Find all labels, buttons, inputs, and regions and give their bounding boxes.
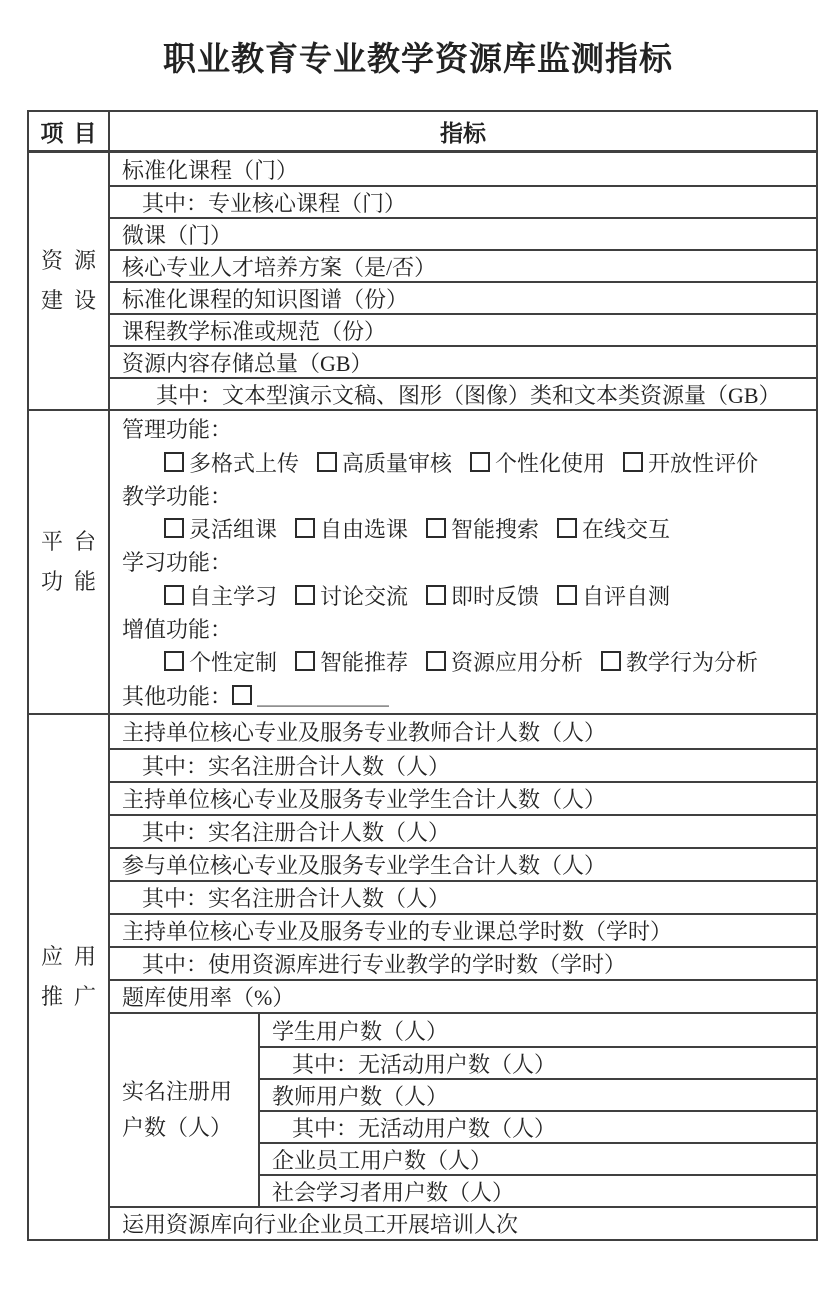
row-text: 参与单位核心专业及服务专业学生合计人数（人） — [122, 849, 606, 880]
table-row: 主持单位核心专业及服务专业学生合计人数（人） — [110, 781, 816, 814]
section-label-platform-functions: 平台功能 — [29, 411, 110, 713]
checkbox-icon — [295, 518, 315, 538]
option-label: 开放性评价 — [648, 451, 758, 476]
table-row: 企业员工用户数（人） — [260, 1142, 816, 1174]
table-row: 参与单位核心专业及服务专业学生合计人数（人） — [110, 847, 816, 880]
row-text: 微课（门） — [122, 219, 232, 250]
checkbox-option: 讨论交流 — [295, 580, 408, 611]
group-title-text: 教学功能： — [122, 484, 232, 509]
option-label: 自主学习 — [189, 584, 277, 609]
row-text: 其中：无活动用户数（人） — [292, 1112, 556, 1143]
option-label: 智能搜索 — [451, 517, 539, 542]
table-row: 主持单位核心专业及服务专业的专业课总学时数（学时） — [110, 913, 816, 946]
checkbox-option: 资源应用分析 — [426, 646, 583, 677]
row-text: 其中：实名注册合计人数（人） — [142, 882, 450, 913]
checkbox-option: 自评自测 — [557, 580, 670, 611]
checkbox-icon — [470, 452, 490, 472]
table-row: 标准化课程的知识图谱（份） — [110, 281, 816, 313]
section-label-line: 建设 — [41, 281, 107, 321]
table-row: 运用资源库向行业企业员工开展培训人次 — [110, 1206, 816, 1239]
function-group-title: 管理功能： — [110, 413, 816, 444]
nested-label-cell: 实名注册用户数（人） — [110, 1014, 260, 1206]
row-text: 标准化课程的知识图谱（份） — [122, 283, 408, 314]
checkbox-icon — [426, 518, 446, 538]
option-label: 资源应用分析 — [451, 650, 583, 675]
checkbox-option: 灵活组课 — [164, 513, 277, 544]
row-text: 社会学习者用户数（人） — [272, 1176, 514, 1207]
option-label: 智能推荐 — [320, 650, 408, 675]
row-text: 主持单位核心专业及服务专业的专业课总学时数（学时） — [122, 915, 672, 946]
group-title-text: 学习功能： — [122, 550, 232, 575]
table-row: 社会学习者用户数（人） — [260, 1174, 816, 1206]
table-row: 其中：无活动用户数（人） — [260, 1046, 816, 1078]
section-label-application-promotion: 应用推广 — [29, 715, 110, 1239]
section-content: 主持单位核心专业及服务专业教师合计人数（人）其中：实名注册合计人数（人）主持单位… — [110, 715, 816, 1239]
row-text: 其中：无活动用户数（人） — [292, 1048, 556, 1079]
table-body: 资源建设标准化课程（门）其中：专业核心课程（门）微课（门）核心专业人才培养方案（… — [29, 153, 816, 1239]
function-lines: 管理功能：多格式上传高质量审核个性化使用开放性评价教学功能：灵活组课自由选课智能… — [110, 411, 816, 713]
checkbox-option: 智能推荐 — [295, 646, 408, 677]
row-text: 其中：专业核心课程（门） — [142, 187, 406, 218]
checkbox-icon — [232, 685, 252, 705]
checkbox-option: 教学行为分析 — [601, 646, 758, 677]
row-text: 其中：文本型演示文稿、图形（图像）类和文本类资源量（GB） — [156, 379, 781, 410]
checkbox-option: 高质量审核 — [317, 447, 452, 478]
function-group-title: 教学功能： — [110, 480, 816, 511]
option-label: 高质量审核 — [342, 451, 452, 476]
checkbox-option: 开放性评价 — [623, 447, 758, 478]
section-label-line: 应用 — [41, 937, 107, 977]
option-label: 灵活组课 — [189, 517, 277, 542]
checkbox-option: 即时反馈 — [426, 580, 539, 611]
header-cell-indicator: 指标 — [110, 112, 816, 150]
checkbox-icon — [164, 452, 184, 472]
section-label-resource-construction: 资源建设 — [29, 153, 110, 409]
row-text: 核心专业人才培养方案（是/否） — [122, 251, 436, 282]
function-options-line: 自主学习讨论交流即时反馈自评自测 — [110, 580, 816, 611]
row-text: 课程教学标准或规范（份） — [122, 315, 386, 346]
table-header-row: 项目 指标 — [29, 112, 816, 153]
section-application-promotion: 应用推广主持单位核心专业及服务专业教师合计人数（人）其中：实名注册合计人数（人）… — [29, 713, 816, 1239]
other-function-line: 其他功能：＿＿＿＿＿＿ — [110, 680, 816, 711]
row-text: 资源内容存储总量（GB） — [122, 347, 373, 378]
checkbox-icon — [317, 452, 337, 472]
checkbox-option: 自主学习 — [164, 580, 277, 611]
option-label: 个性定制 — [189, 650, 277, 675]
checkbox-option: 自由选课 — [295, 513, 408, 544]
fill-in-blank: ＿＿＿＿＿＿ — [257, 684, 389, 709]
row-text: 其中：实名注册合计人数（人） — [142, 816, 450, 847]
checkbox-icon — [295, 651, 315, 671]
section-label-line: 功能 — [41, 562, 107, 602]
table-row: 学生用户数（人） — [260, 1014, 816, 1046]
checkbox-option: 个性化使用 — [470, 447, 605, 478]
option-label: 在线交互 — [582, 517, 670, 542]
checkbox-option: 在线交互 — [557, 513, 670, 544]
row-text: 题库使用率（%） — [122, 981, 294, 1012]
other-function-label: 其他功能： — [122, 684, 232, 709]
option-label: 自评自测 — [582, 584, 670, 609]
section-platform-functions: 平台功能管理功能：多格式上传高质量审核个性化使用开放性评价教学功能：灵活组课自由… — [29, 409, 816, 713]
row-text: 主持单位核心专业及服务专业教师合计人数（人） — [122, 716, 606, 747]
checkbox-option: 智能搜索 — [426, 513, 539, 544]
option-label: 自由选课 — [320, 517, 408, 542]
section-label-line: 平台 — [41, 522, 107, 562]
table-row: 其中：专业核心课程（门） — [110, 185, 816, 217]
table-row: 标准化课程（门） — [110, 153, 816, 185]
nested-rows: 学生用户数（人）其中：无活动用户数（人）教师用户数（人）其中：无活动用户数（人）… — [260, 1014, 816, 1206]
table-row: 其中：实名注册合计人数（人） — [110, 880, 816, 913]
function-options-line: 多格式上传高质量审核个性化使用开放性评价 — [110, 447, 816, 478]
table-row: 课程教学标准或规范（份） — [110, 313, 816, 345]
table-row: 其中：使用资源库进行专业教学的学时数（学时） — [110, 946, 816, 979]
group-title-text: 增值功能： — [122, 617, 232, 642]
table-row: 其中：无活动用户数（人） — [260, 1110, 816, 1142]
checkbox-icon — [164, 651, 184, 671]
section-resource-construction: 资源建设标准化课程（门）其中：专业核心课程（门）微课（门）核心专业人才培养方案（… — [29, 153, 816, 409]
row-text: 其中：实名注册合计人数（人） — [142, 750, 450, 781]
row-text: 运用资源库向行业企业员工开展培训人次 — [122, 1208, 518, 1239]
checkbox-icon — [623, 452, 643, 472]
checkbox-icon — [426, 651, 446, 671]
section-label-line: 资源 — [41, 241, 107, 281]
row-text: 教师用户数（人） — [272, 1080, 448, 1111]
option-label: 教学行为分析 — [626, 650, 758, 675]
nested-subtable: 实名注册用户数（人）学生用户数（人）其中：无活动用户数（人）教师用户数（人）其中… — [110, 1012, 816, 1206]
checkbox-icon — [295, 585, 315, 605]
indicator-table: 项目 指标 资源建设标准化课程（门）其中：专业核心课程（门）微课（门）核心专业人… — [27, 110, 818, 1241]
function-options-line: 灵活组课自由选课智能搜索在线交互 — [110, 513, 816, 544]
checkbox-option: 个性定制 — [164, 646, 277, 677]
row-text: 主持单位核心专业及服务专业学生合计人数（人） — [122, 783, 606, 814]
checkbox-icon — [557, 585, 577, 605]
function-options-line: 个性定制智能推荐资源应用分析教学行为分析 — [110, 646, 816, 677]
header-cell-project: 项目 — [29, 112, 110, 150]
page-title: 职业教育专业教学资源库监测指标 — [0, 33, 836, 80]
section-content: 标准化课程（门）其中：专业核心课程（门）微课（门）核心专业人才培养方案（是/否）… — [110, 153, 816, 409]
nested-label-text: 实名注册用户数（人） — [122, 1074, 252, 1146]
table-row: 微课（门） — [110, 217, 816, 249]
row-text: 学生用户数（人） — [272, 1015, 448, 1046]
table-row: 核心专业人才培养方案（是/否） — [110, 249, 816, 281]
table-row: 其中：文本型演示文稿、图形（图像）类和文本类资源量（GB） — [110, 377, 816, 409]
table-row: 教师用户数（人） — [260, 1078, 816, 1110]
table-row: 主持单位核心专业及服务专业教师合计人数（人） — [110, 715, 816, 748]
row-text: 标准化课程（门） — [122, 154, 298, 185]
row-text: 企业员工用户数（人） — [272, 1144, 492, 1175]
section-content: 管理功能：多格式上传高质量审核个性化使用开放性评价教学功能：灵活组课自由选课智能… — [110, 411, 816, 713]
checkbox-icon — [164, 518, 184, 538]
table-row: 题库使用率（%） — [110, 979, 816, 1012]
function-group-title: 学习功能： — [110, 546, 816, 577]
checkbox-icon — [601, 651, 621, 671]
table-row: 其中：实名注册合计人数（人） — [110, 814, 816, 847]
option-label: 多格式上传 — [189, 451, 299, 476]
checkbox-option: 多格式上传 — [164, 447, 299, 478]
table-row: 资源内容存储总量（GB） — [110, 345, 816, 377]
checkbox-icon — [426, 585, 446, 605]
row-text: 其中：使用资源库进行专业教学的学时数（学时） — [142, 948, 626, 979]
function-group-title: 增值功能： — [110, 613, 816, 644]
group-title-text: 管理功能： — [122, 417, 232, 442]
checkbox-icon — [164, 585, 184, 605]
option-label: 个性化使用 — [495, 451, 605, 476]
option-label: 讨论交流 — [320, 584, 408, 609]
option-label: 即时反馈 — [451, 584, 539, 609]
checkbox-icon — [557, 518, 577, 538]
section-label-line: 推广 — [41, 977, 107, 1017]
table-row: 其中：实名注册合计人数（人） — [110, 748, 816, 781]
